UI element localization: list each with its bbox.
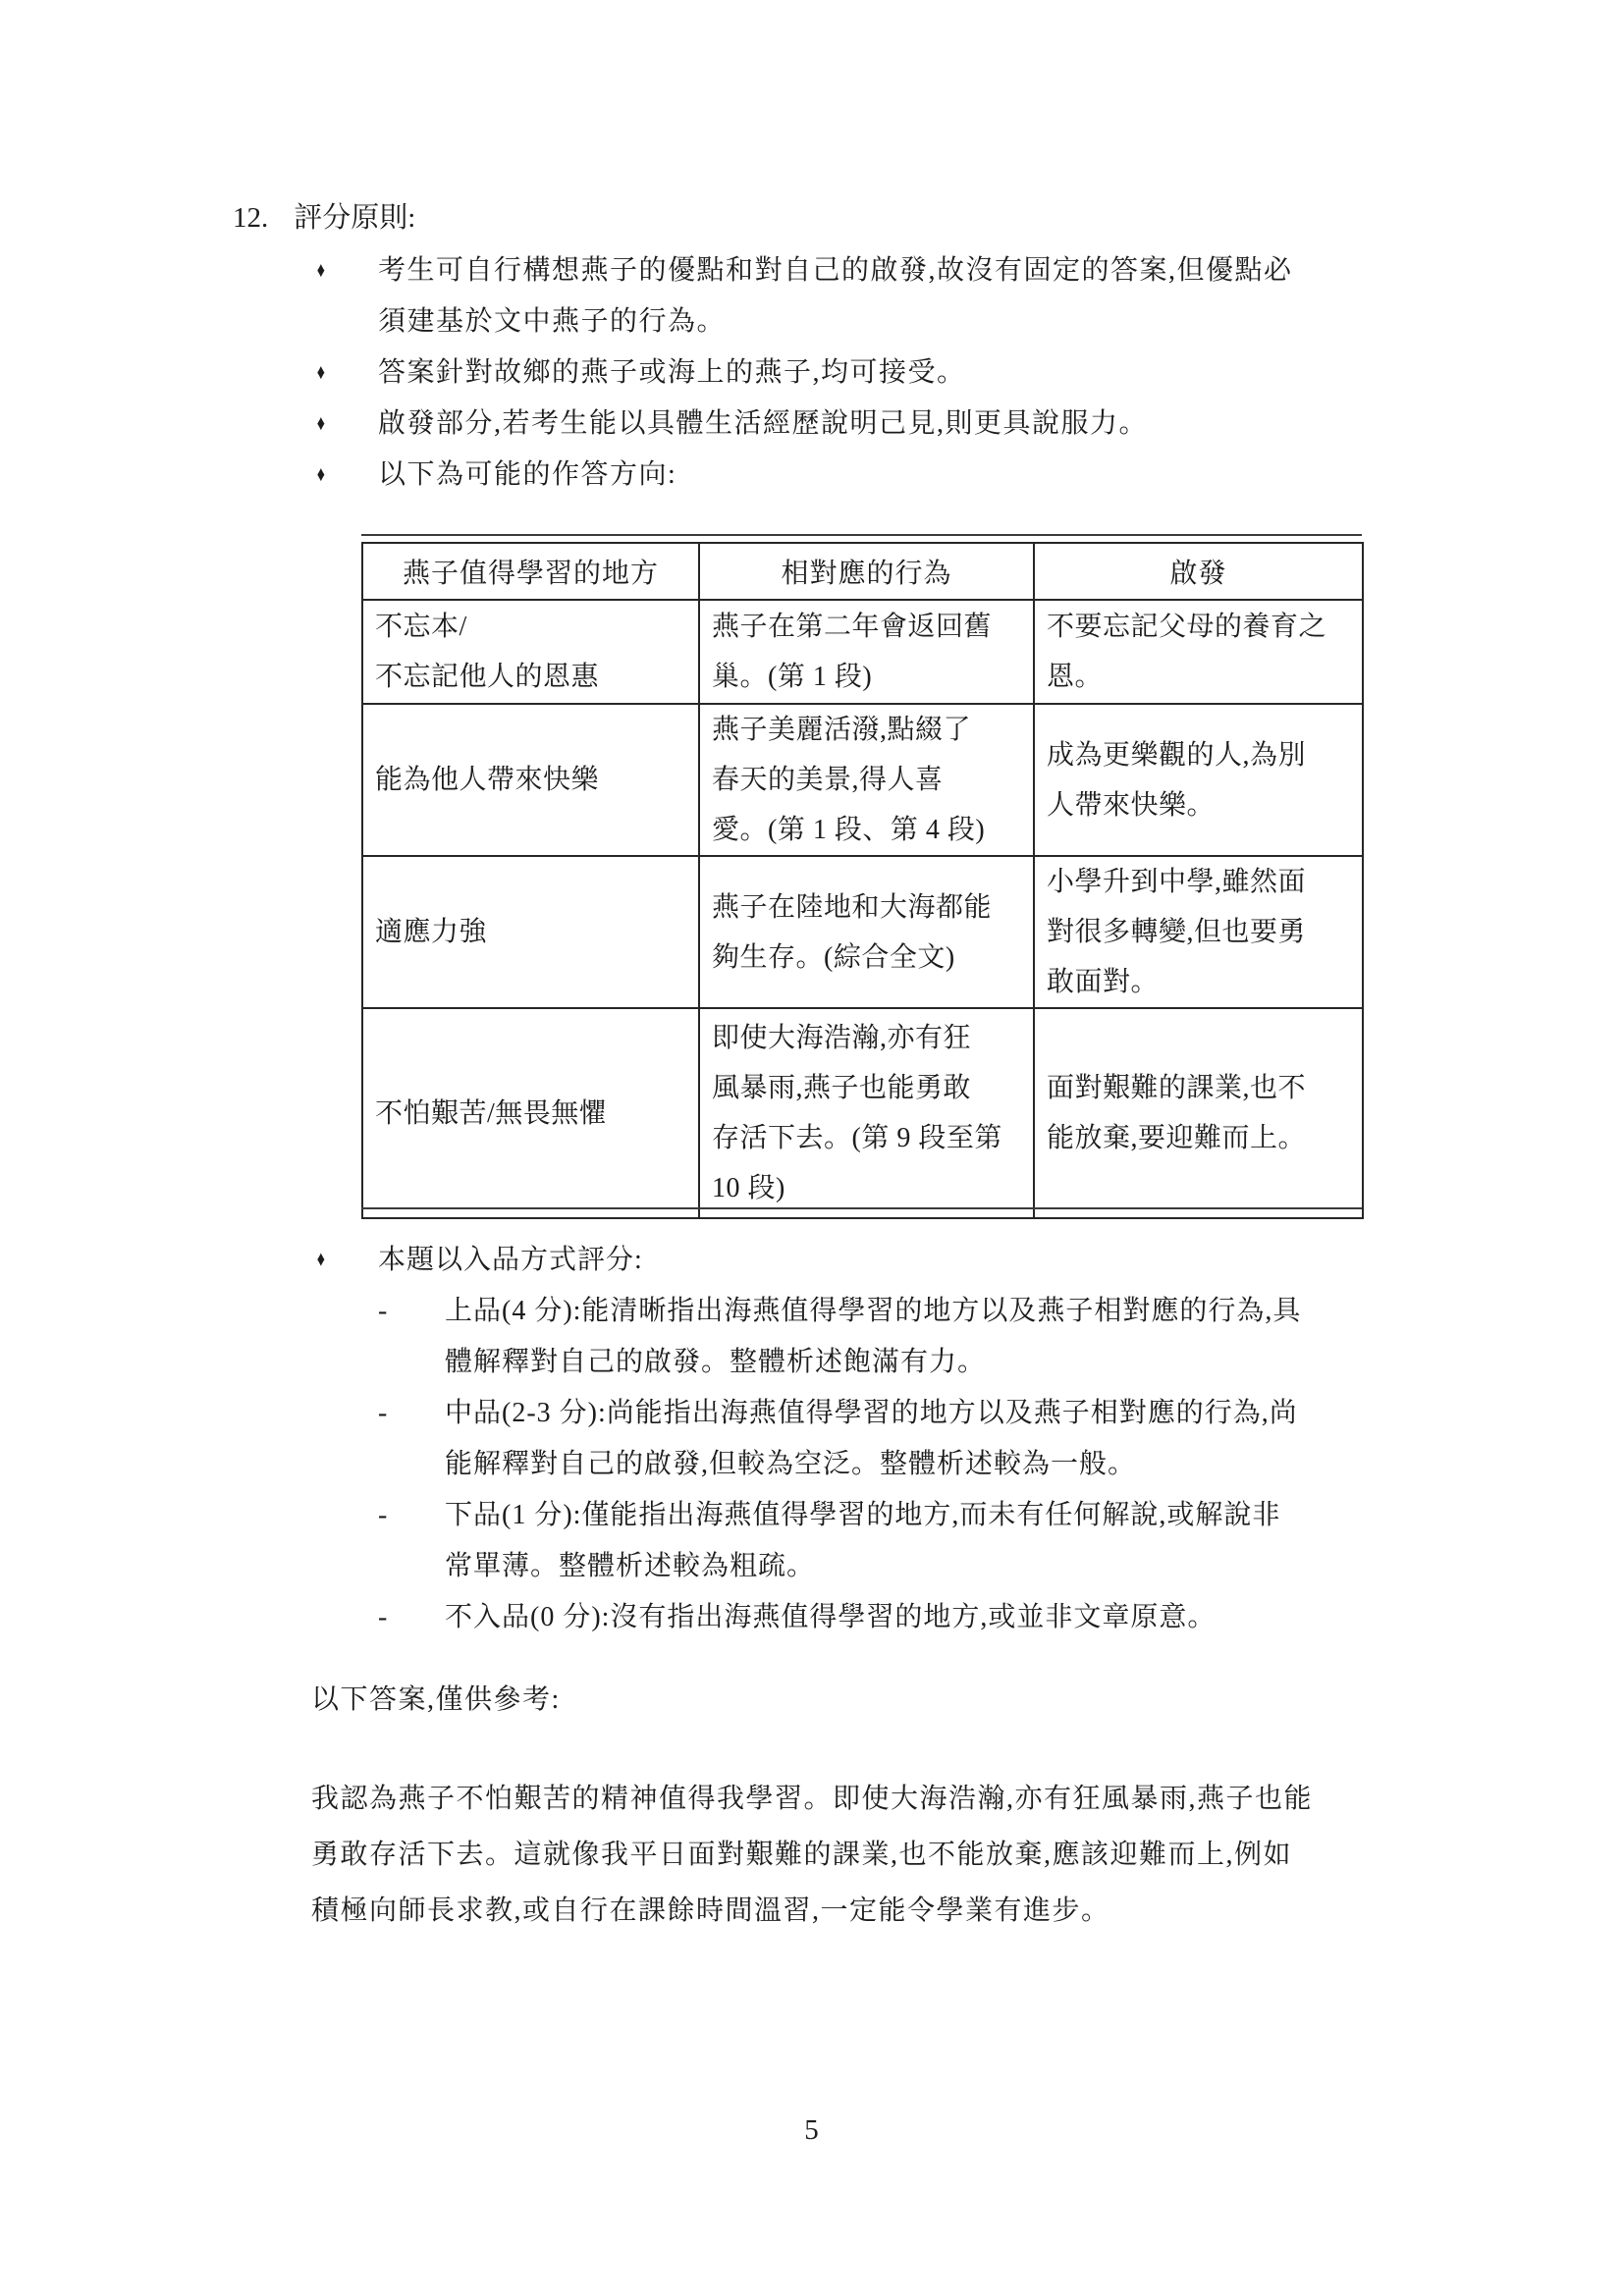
bullet-item: ♦ 啟發部分,若考生能以具體生活經歷說明己見,則更具說服力。	[314, 399, 1399, 450]
grading-item: - 中品(2-3 分):尚能指出海燕值得學習的地方以及燕子相對應的行為,尚 能解…	[314, 1388, 1419, 1490]
answer-directions-table: 燕子值得學習的地方 相對應的行為 啟發 不忘本/ 不忘記他人的恩惠 燕子在第二年…	[361, 542, 1364, 1219]
bullet-item: ♦ 答案針對故鄉的燕子或海上的燕子,均可接受。	[314, 347, 1399, 399]
table-header-inspiration: 啟發	[1034, 543, 1363, 600]
table-row: 不忘本/ 不忘記他人的恩惠 燕子在第二年會返回舊 巢。(第 1 段) 不要忘記父…	[362, 600, 1363, 704]
bullet-item: ♦ 以下為可能的作答方向:	[314, 450, 1399, 501]
trait-cell: 能為他人帶來快樂	[362, 704, 699, 856]
page-number: 5	[0, 2110, 1623, 2150]
bullet-text: 答案針對故鄉的燕子或海上的燕子,均可接受。	[378, 347, 1399, 399]
diamond-bullet-icon: ♦	[317, 395, 325, 454]
bullet-item: ♦ 考生可自行構想燕子的優點和對自己的啟發,故沒有固定的答案,但優點必 須建基於…	[314, 245, 1399, 347]
grading-item: - 上品(4 分):能清晰指出海燕值得學習的地方以及燕子相對應的行為,具 體解釋…	[314, 1286, 1419, 1388]
grading-item-text: 上品(4 分):能清晰指出海燕值得學習的地方以及燕子相對應的行為,具 體解釋對自…	[445, 1286, 1419, 1388]
grading-title: 本題以入品方式評分:	[378, 1235, 1419, 1286]
dash-bullet-icon: -	[378, 1286, 387, 1337]
reference-answer: 我認為燕子不怕艱苦的精神值得我學習。即使大海浩瀚,亦有狂風暴雨,燕子也能 勇敢存…	[311, 1771, 1426, 1939]
dash-bullet-icon: -	[378, 1490, 387, 1541]
trait-cell: 適應力強	[362, 856, 699, 1008]
diamond-bullet-icon: ♦	[317, 446, 325, 505]
inspiration-cell: 不要忘記父母的養育之 恩。	[1034, 600, 1363, 704]
grading-item: - 下品(1 分):僅能指出海燕值得學習的地方,而未有任何解說,或解說非 常單薄…	[314, 1490, 1419, 1592]
dash-bullet-icon: -	[378, 1592, 387, 1643]
bullet-text: 以下為可能的作答方向:	[378, 450, 1399, 501]
diamond-bullet-icon: ♦	[317, 1231, 325, 1290]
grading-section: ♦ 本題以入品方式評分: - 上品(4 分):能清晰指出海燕值得學習的地方以及燕…	[314, 1235, 1419, 1643]
section-heading: 12.評分原則:	[233, 192, 415, 243]
grading-title-row: ♦ 本題以入品方式評分:	[314, 1235, 1419, 1286]
table-row: 適應力強 燕子在陸地和大海都能 夠生存。(綜合全文) 小學升到中學,雖然面 對很…	[362, 856, 1363, 1008]
bullet-list: ♦ 考生可自行構想燕子的優點和對自己的啟發,故沒有固定的答案,但優點必 須建基於…	[314, 245, 1399, 501]
grading-item: - 不入品(0 分):沒有指出海燕值得學習的地方,或並非文章原意。	[314, 1592, 1419, 1643]
section-title: 評分原則:	[294, 202, 415, 234]
table-row: 不怕艱苦/無畏無懼 即使大海浩瀚,亦有狂 風暴雨,燕子也能勇敢 存活下去。(第 …	[362, 1008, 1363, 1218]
section-number: 12.	[233, 192, 268, 243]
document-page: 12.評分原則: ♦ 考生可自行構想燕子的優點和對自己的啟發,故沒有固定的答案,…	[0, 0, 1623, 2296]
table-outer-bottom-rule	[361, 1207, 1362, 1209]
reference-intro: 以下答案,僅供參考:	[311, 1675, 561, 1726]
behavior-cell: 燕子美麗活潑,點綴了 春天的美景,得人喜 愛。(第 1 段、第 4 段)	[699, 704, 1034, 856]
grading-item-text: 中品(2-3 分):尚能指出海燕值得學習的地方以及燕子相對應的行為,尚 能解釋對…	[445, 1388, 1419, 1490]
table-header-trait: 燕子值得學習的地方	[362, 543, 699, 600]
bullet-text: 考生可自行構想燕子的優點和對自己的啟發,故沒有固定的答案,但優點必 須建基於文中…	[378, 245, 1399, 347]
behavior-cell: 燕子在第二年會返回舊 巢。(第 1 段)	[699, 600, 1034, 704]
table-row: 能為他人帶來快樂 燕子美麗活潑,點綴了 春天的美景,得人喜 愛。(第 1 段、第…	[362, 704, 1363, 856]
inspiration-cell: 成為更樂觀的人,為別 人帶來快樂。	[1034, 704, 1363, 856]
grading-item-text: 下品(1 分):僅能指出海燕值得學習的地方,而未有任何解說,或解說非 常單薄。整…	[445, 1490, 1419, 1592]
behavior-cell: 燕子在陸地和大海都能 夠生存。(綜合全文)	[699, 856, 1034, 1008]
table-outer-top-rule	[361, 534, 1362, 536]
diamond-bullet-icon: ♦	[317, 241, 325, 300]
table-header-behavior: 相對應的行為	[699, 543, 1034, 600]
grading-item-text: 不入品(0 分):沒有指出海燕值得學習的地方,或並非文章原意。	[445, 1592, 1419, 1643]
dash-bullet-icon: -	[378, 1388, 387, 1439]
diamond-bullet-icon: ♦	[317, 344, 325, 402]
table-header-row: 燕子值得學習的地方 相對應的行為 啟發	[362, 543, 1363, 600]
inspiration-cell: 面對艱難的課業,也不 能放棄,要迎難而上。	[1034, 1008, 1363, 1218]
inspiration-cell: 小學升到中學,雖然面 對很多轉變,但也要勇 敢面對。	[1034, 856, 1363, 1008]
behavior-cell: 即使大海浩瀚,亦有狂 風暴雨,燕子也能勇敢 存活下去。(第 9 段至第 10 段…	[699, 1008, 1034, 1218]
trait-cell: 不忘本/ 不忘記他人的恩惠	[362, 600, 699, 704]
trait-cell: 不怕艱苦/無畏無懼	[362, 1008, 699, 1218]
bullet-text: 啟發部分,若考生能以具體生活經歷說明己見,則更具說服力。	[378, 399, 1399, 450]
